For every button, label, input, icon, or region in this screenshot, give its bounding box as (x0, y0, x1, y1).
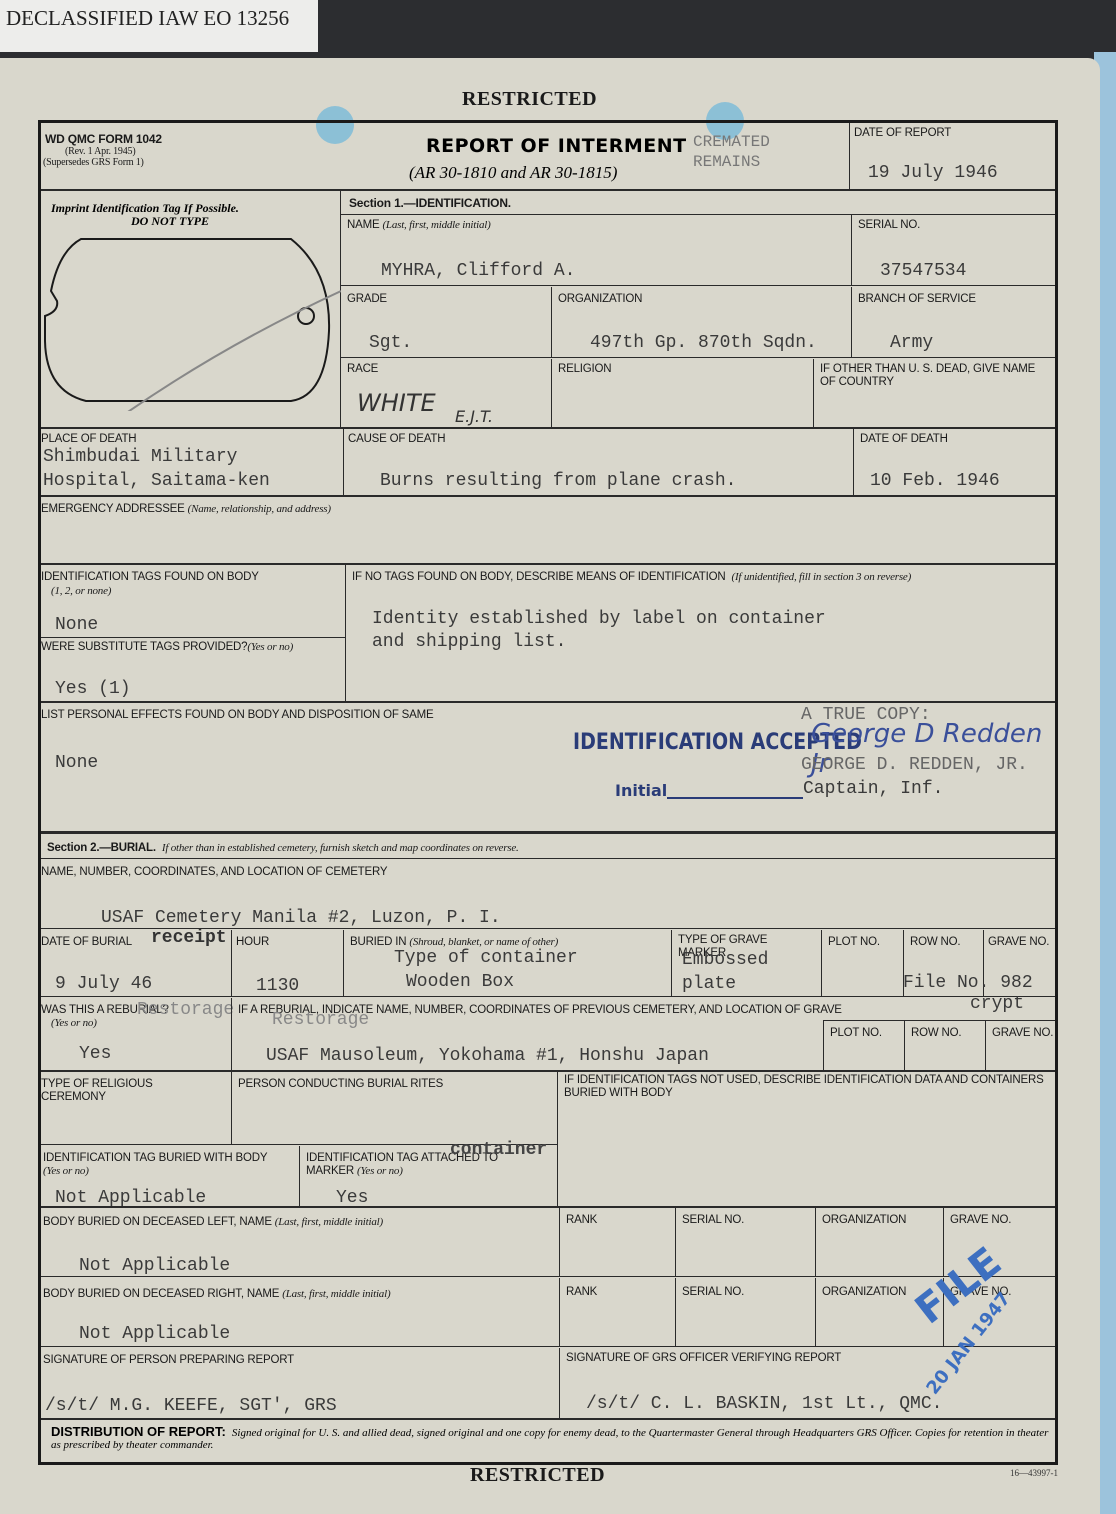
preparer-signature-cell: SIGNATURE OF PERSON PREPARING REPORT /s/… (41, 1348, 559, 1418)
body-right-value[interactable]: Not Applicable (79, 1324, 230, 1344)
reburial-value[interactable]: Yes (79, 1044, 111, 1064)
cemetery-cell: NAME, NUMBER, COORDINATES, AND LOCATION … (41, 860, 1055, 928)
place-of-death-line1[interactable]: Shimbudai Military (43, 447, 237, 467)
print-code: 16—43997-1 (1010, 1468, 1058, 1478)
body-left-cell: BODY BURIED ON DECEASED LEFT, NAME (Last… (41, 1208, 559, 1276)
distribution-cell: DISTRIBUTION OF REPORT: Signed original … (41, 1420, 1055, 1462)
tags-found-value[interactable]: None (55, 615, 98, 635)
body-right-cell: BODY BURIED ON DECEASED RIGHT, NAME (Las… (41, 1278, 559, 1346)
marker-line2[interactable]: plate (682, 974, 736, 994)
race-initials: E.J.T. (455, 407, 493, 426)
identification-data-cell: IF IDENTIFICATION TAGS NOT USED, DESCRIB… (557, 1072, 1055, 1206)
divider (41, 637, 345, 638)
form-title: REPORT OF INTERMENT (426, 135, 687, 157)
restricted-bottom: RESTRICTED (470, 1464, 605, 1487)
dog-tag-outline-icon (41, 231, 341, 411)
plot-cell: PLOT No. (821, 930, 903, 996)
right-serial-cell: SERIAL No. (675, 1278, 815, 1346)
burial-rites-cell: PERSON CONDUCTING BURIAL RITES (231, 1072, 557, 1144)
substitute-tags-cell: WERE SUBSTITUTE TAGS PROVIDED?(Yes or no… (41, 639, 345, 701)
means-line1[interactable]: Identity established by label on contain… (372, 609, 826, 629)
previous-grave-grid: PLOT No. ROW No. GRAVE No. (823, 1020, 1055, 1070)
tag-buried-cell: IDENTIFICATION TAG BURIED WITH BODY (Yes… (41, 1146, 299, 1206)
grave-marker-cell: TYPE OF GRAVE MARKER Embossed plate (671, 930, 821, 996)
grade-cell: GRADE Sgt. (341, 287, 551, 357)
religious-ceremony-cell: TYPE OF RELIGIOUS CEREMONY (41, 1072, 231, 1144)
restricted-top: RESTRICTED (462, 88, 597, 111)
date-of-death-cell: DATE OF DEATH 10 Feb. 1946 (853, 429, 1055, 495)
tag-marker-value[interactable]: Yes (336, 1188, 368, 1208)
country-cell: IF OTHER THAN U. S. DEAD, GIVE NAME OF C… (813, 359, 1055, 427)
right-rank-cell: RANK (559, 1278, 675, 1346)
section1-heading: Section 1.—IDENTIFICATION. (341, 191, 1055, 215)
date-of-report-cell: DATE OF REPORT 19 July 1946 (849, 123, 1059, 189)
tag-imprint-area: Imprint Identification Tag If Possible. … (41, 191, 341, 427)
divider (41, 858, 1055, 859)
branch-value[interactable]: Army (890, 333, 933, 353)
means-of-identification-cell: IF NO TAGS FOUND ON BODY, DESCRIBE MEANS… (345, 565, 1055, 701)
divider (341, 285, 1055, 286)
previous-cemetery-value[interactable]: USAF Mausoleum, Yokohama #1, Honshu Japa… (266, 1046, 709, 1066)
race-value[interactable]: WHITE (357, 389, 436, 417)
form-supersedes: (Supersedes GRS Form 1) (43, 156, 144, 169)
hour-cell: HOUR 1130 (231, 930, 343, 996)
tag-marker-cell: IDENTIFICATION TAG ATTACHED TO MARKER (Y… (299, 1146, 557, 1206)
branch-cell: BRANCH OF SERVICE Army (851, 287, 1055, 357)
hour-value[interactable]: 1130 (256, 976, 299, 996)
substitute-tags-value[interactable]: Yes (1) (55, 679, 131, 699)
grade-value[interactable]: Sgt. (369, 333, 412, 353)
serial-cell: SERIAL No. 37547534 (851, 215, 1055, 285)
divider (41, 996, 1055, 997)
organization-value[interactable]: 497th Gp. 870th Sqdn. (590, 333, 817, 353)
body-left-value[interactable]: Not Applicable (79, 1256, 230, 1276)
left-organization-cell: ORGANIZATION (815, 1208, 943, 1276)
initial-stamp: Initial (615, 781, 667, 800)
serial-value[interactable]: 37547534 (880, 261, 966, 281)
preparer-signature-value[interactable]: /s/t/ M.G. KEEFE, SGT', GRS (45, 1396, 337, 1416)
reburial-cell: WAS THIS A REBURIAL? (Yes or no) Restora… (41, 998, 231, 1070)
personal-effects-value[interactable]: None (55, 753, 98, 773)
remains-note: REMAINS (693, 153, 760, 171)
means-line2[interactable]: and shipping list. (372, 632, 566, 652)
place-of-death-line2[interactable]: Hospital, Saitama-ken (43, 471, 270, 491)
divider (41, 1276, 1055, 1277)
buried-in-cell: BURIED IN (Shroud, blanket, or name of o… (343, 930, 671, 996)
left-rank-cell: RANK (559, 1208, 675, 1276)
receipt-overtype: receipt (151, 928, 227, 948)
emergency-addressee-cell: EMERGENCY ADDRESSEE (Name, relationship,… (41, 497, 1055, 563)
verifier-signature-value[interactable]: /s/t/ C. L. BASKIN, 1st Lt., QMC. (586, 1394, 942, 1414)
cause-of-death-value[interactable]: Burns resulting from plane crash. (380, 471, 736, 491)
declassified-banner: DECLASSIFIED IAW EO 13256 (0, 0, 318, 52)
name-cell: NAME (Last, first, middle initial) MYHRA… (341, 215, 851, 285)
previous-overtype: Restorage (272, 1010, 369, 1030)
divider (341, 357, 1055, 358)
certifier-rank: Captain, Inf. (803, 779, 943, 799)
place-of-death-cell: PLACE OF DEATH Shimbudai Military Hospit… (41, 429, 343, 495)
name-value[interactable]: MYHRA, Clifford A. (381, 261, 575, 281)
cause-of-death-cell: CAUSE OF DEATH Burns resulting from plan… (343, 429, 853, 495)
report-form: WD QMC FORM 1042 (Rev. 1 Apr. 1945) (Sup… (38, 120, 1058, 1465)
buried-in-line1[interactable]: Type of container (394, 948, 578, 968)
cremated-note: CREMATED (693, 133, 770, 151)
certifier-name: GEORGE D. REDDEN, JR. (801, 755, 1028, 775)
tag-buried-value[interactable]: Not Applicable (55, 1188, 206, 1208)
personal-effects-cell: LIST PERSONAL EFFECTS FOUND ON BODY AND … (41, 703, 1055, 833)
marker-line1[interactable]: Embossed (682, 950, 768, 970)
date-of-burial-value[interactable]: 9 July 46 (55, 974, 152, 994)
divider (41, 1346, 1055, 1347)
cemetery-value[interactable]: USAF Cemetery Manila #2, Luzon, P. I. (101, 908, 501, 928)
regulation: (AR 30-1810 and AR 30-1815) (409, 163, 617, 183)
crypt-overtype: crypt (970, 994, 1024, 1014)
buried-in-line2[interactable]: Wooden Box (406, 972, 514, 992)
religion-cell: RELIGION (551, 359, 813, 427)
left-serial-cell: SERIAL No. (675, 1208, 815, 1276)
reburial-overtype: Restorage (137, 1000, 234, 1020)
section2-heading: Section 2.—BURIAL. If other than in esta… (41, 834, 1055, 858)
date-of-report-value[interactable]: 19 July 1946 (868, 163, 998, 183)
tags-found-cell: IDENTIFICATION TAGS FOUND ON BODY (1, 2,… (41, 565, 345, 637)
distribution-label: DISTRIBUTION OF REPORT: (51, 1424, 226, 1439)
tag-marker-overtype: container (450, 1140, 547, 1160)
initial-line (667, 797, 803, 799)
date-of-death-value[interactable]: 10 Feb. 1946 (870, 471, 1000, 491)
organization-cell: ORGANIZATION 497th Gp. 870th Sqdn. (551, 287, 851, 357)
date-of-burial-cell: DATE OF BURIAL receipt 9 July 46 (41, 930, 231, 996)
verifier-signature-cell: SIGNATURE OF GRS OFFICER VERIFYING REPOR… (559, 1348, 1055, 1418)
race-cell: RACE WHITE E.J.T. (341, 359, 551, 427)
file-number[interactable]: File No. 982 (903, 973, 1033, 993)
